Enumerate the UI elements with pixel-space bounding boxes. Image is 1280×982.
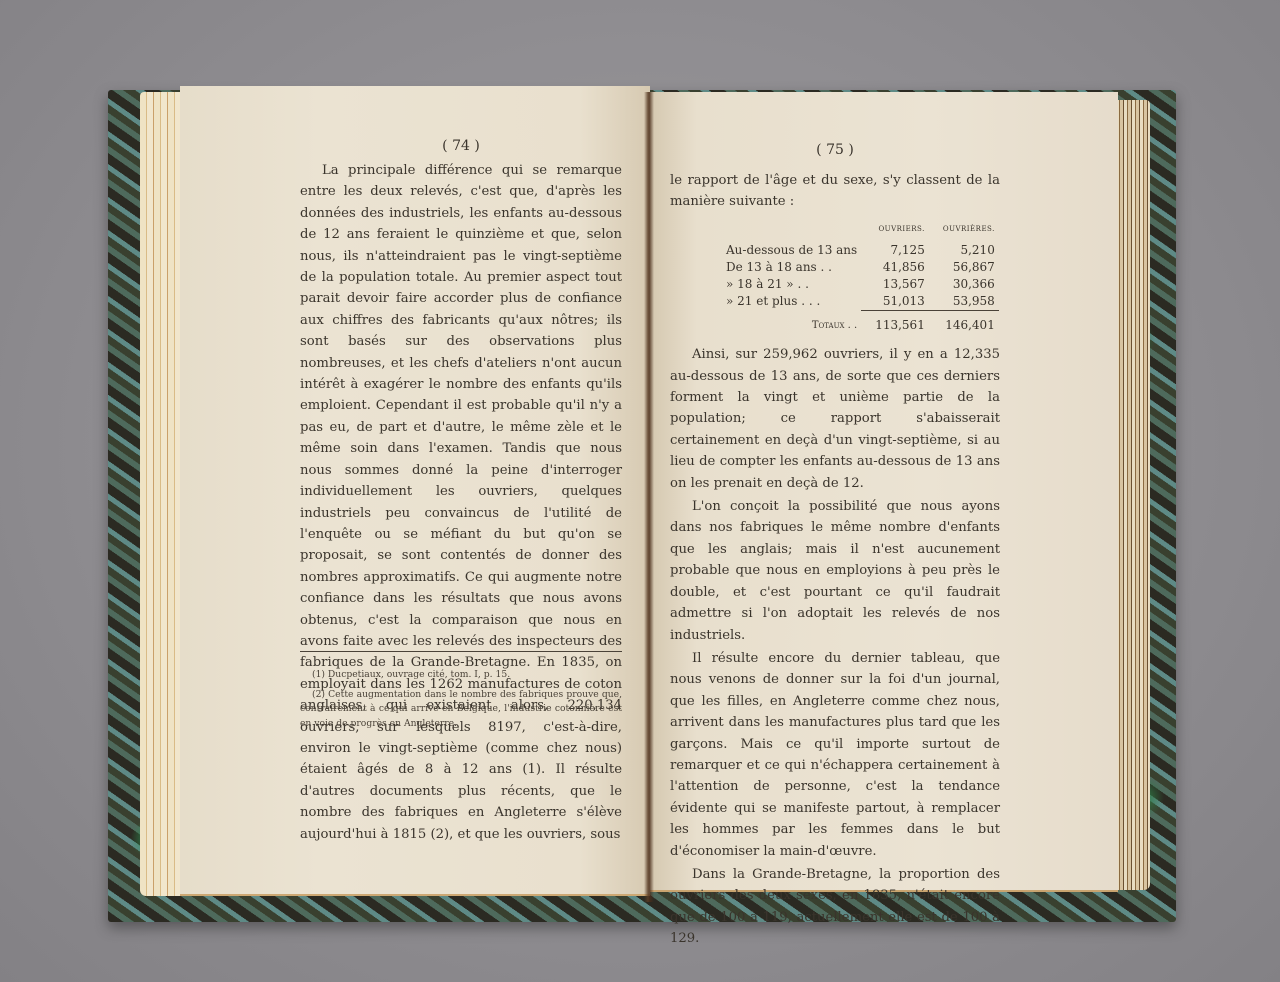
footnote-1: (1) Ducpetiaux, ouvrage cité, tom. I, p.… <box>300 668 622 683</box>
left-page-text: ( 74 ) La principale différence qui se r… <box>300 160 622 845</box>
footnote-2: (2) Cette augmentation dans le nombre de… <box>300 688 622 732</box>
right-page-text: ( 75 ) le rapport de l'âge et du sexe, s… <box>670 170 1000 950</box>
paragraph: La principale différence qui se remarque… <box>300 160 622 845</box>
table-header: OUVRIERS. OUVRIÈRES. <box>722 219 999 242</box>
paragraph: Il résulte encore du dernier tableau, qu… <box>670 648 1000 862</box>
footnotes: (1) Ducpetiaux, ouvrage cité, tom. I, p.… <box>300 668 622 736</box>
book-gutter <box>644 92 654 902</box>
paragraph: Dans la Grande-Bretagne, la proportion d… <box>670 864 1000 950</box>
table-totals-row: Totaux . . 113,561 146,401 <box>722 311 999 335</box>
table-row: » 21 et plus . . . 51,013 53,958 <box>722 293 999 311</box>
header-ouvriers: OUVRIERS. <box>861 219 929 242</box>
page-number-left: ( 74 ) <box>300 136 622 157</box>
paragraph: L'on conçoit la possibilité que nous ayo… <box>670 496 1000 646</box>
footnote-divider <box>300 651 622 652</box>
paragraph: Ainsi, sur 259,962 ouvriers, il y en a 1… <box>670 344 1000 494</box>
table-row: Au-dessous de 13 ans 7,125 5,210 <box>722 242 999 259</box>
intro-text: le rapport de l'âge et du sexe, s'y clas… <box>670 170 1000 213</box>
table-row: De 13 à 18 ans . . 41,856 56,867 <box>722 259 999 276</box>
table-row: » 18 à 21 » . . 13,567 30,366 <box>722 276 999 293</box>
header-ouvrieres: OUVRIÈRES. <box>929 219 999 242</box>
page-number-right: ( 75 ) <box>670 140 1000 161</box>
age-sex-table: OUVRIERS. OUVRIÈRES. Au-dessous de 13 an… <box>722 219 999 334</box>
